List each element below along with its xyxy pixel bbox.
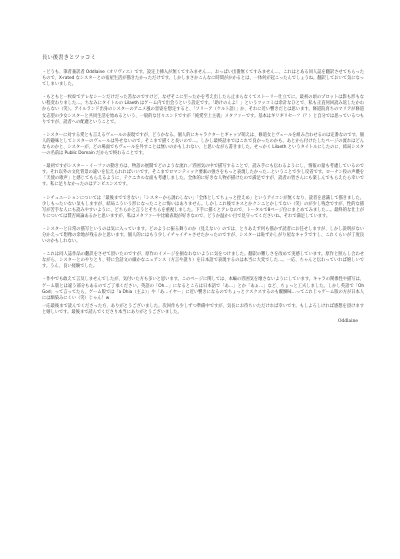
document-page: 長い後書きとツッコミ ・どうも、筆者兼訳者 Oddlaine（オリヴィエ）です。… (42, 55, 364, 325)
paragraph-1: ・どうも、筆者兼訳者 Oddlaine（オリヴィエ）です。設定上挿入が無くてすみ… (42, 70, 364, 88)
paragraph-3: ・シスターに対する愛とも言えるヴェールの表現ですが、どうかなる。個人的にキャラク… (42, 133, 364, 157)
paragraph-9: 一応最後まで読んでくださった方、ありがとうございました。次回作も少しずつ準備中で… (42, 304, 364, 316)
paragraph-7: ・これは同人誌作品の翻訳をさせて頂いたのですが、原作のイメージを損なわないように… (42, 252, 364, 270)
paragraph-6: ・シスターと日常の描写というのは気に入っています。どのように振る舞うのか（見えな… (42, 227, 364, 245)
page-title: 長い後書きとツッコミ (42, 55, 364, 62)
paragraph-8: ・作中でも敢えて言及しませんでしたが、気付いた方も多いと思います。このページに関… (42, 277, 364, 301)
paragraph-4: ・最初ですがシスター・イーファの動き方は、物語の展開でどのような流れ／雰囲気の中… (42, 164, 364, 188)
paragraph-2: ・もともと一枚絵でアレなシーンだけだった筈なのですけど、なぜそこに至ったかを考え… (42, 95, 364, 125)
author-signature: Oddlaine (42, 319, 358, 325)
paragraph-5: ・シチュエーションについては「最後までできない」「シスターから誘わしない」「全体… (42, 196, 364, 220)
